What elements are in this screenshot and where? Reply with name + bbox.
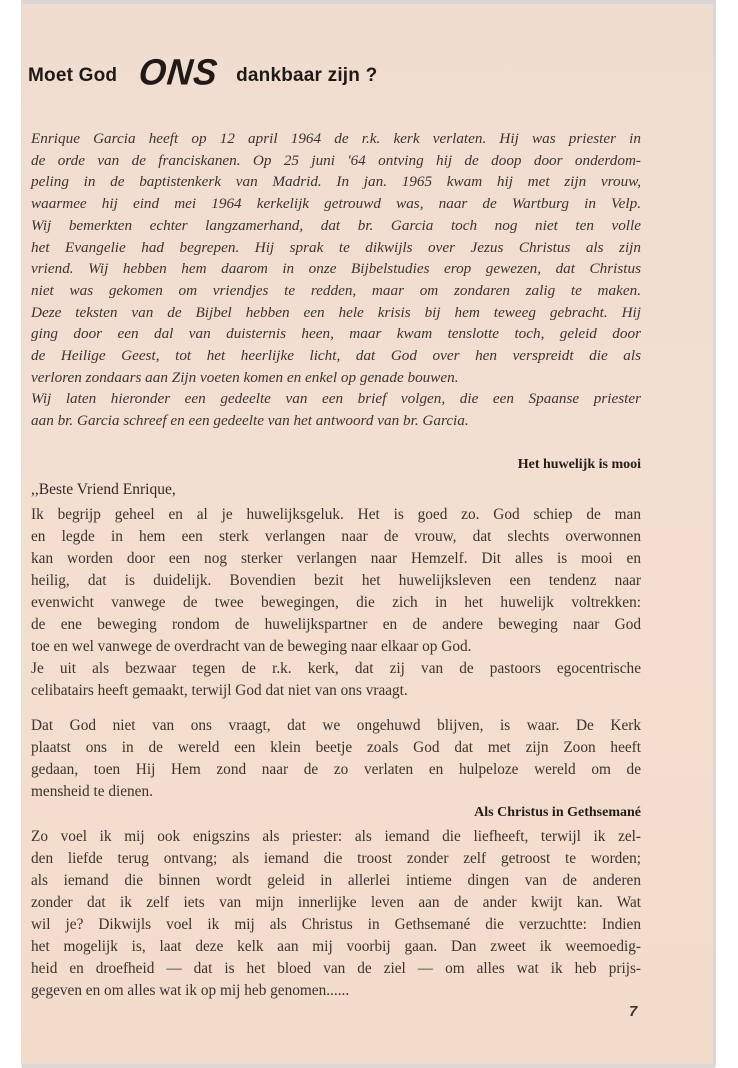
text-line: vriend. Wij hebben hem daarom in onze Bi… xyxy=(31,258,641,280)
text-line: heilig, dat is duidelijk. Bovendien bezi… xyxy=(31,570,641,592)
letter-paragraph-2: Dat God niet van ons vraagt, dat we onge… xyxy=(31,715,641,803)
text-line: peling in de baptistenkerk van Madrid. I… xyxy=(31,171,641,193)
text-line: het Evangelie had begrepen. Hij sprak te… xyxy=(31,237,641,259)
text-line: de orde van de franciskanen. Op 25 juni … xyxy=(31,150,641,172)
text-line: celibatairs heeft gemaakt, terwijl God d… xyxy=(31,680,641,702)
intro-paragraph: Enrique Garcia heeft op 12 april 1964 de… xyxy=(31,128,641,432)
text-line: aan br. Garcia schreef en een gedeelte v… xyxy=(31,410,641,432)
text-line: heid en droefheid — dat is het bloed van… xyxy=(31,958,641,980)
scan-edge-right xyxy=(713,0,716,1066)
text-line: niet was gekomen om vriendjes te redden,… xyxy=(31,280,641,302)
text-line: Wij laten hieronder een gedeelte van een… xyxy=(31,388,641,410)
scan-edge-top xyxy=(22,0,715,4)
text-line: ging door een dal van duisternis heen, m… xyxy=(31,323,641,345)
text-line: waarmee hij eind mei 1964 kerkelijk getr… xyxy=(31,193,641,215)
letter-salutation: ,,Beste Vriend Enrique, xyxy=(31,481,176,499)
scan-edge-bottom xyxy=(22,1064,715,1068)
text-line: als iemand die binnen wordt geleid in al… xyxy=(31,870,641,892)
text-line: Ik begrijp geheel en al je huwelijksgelu… xyxy=(31,504,641,526)
text-line: Deze teksten van de Bijbel hebben een he… xyxy=(31,302,641,324)
text-line: den liefde terug ontvang; als iemand die… xyxy=(31,848,641,870)
text-line: zonder dat ik zelf iets van mijn innerli… xyxy=(31,892,641,914)
text-line: Enrique Garcia heeft op 12 april 1964 de… xyxy=(31,128,641,150)
text-line: Je uit als bezwaar tegen de r.k. kerk, d… xyxy=(31,658,641,680)
text-line: Wij bemerkten echter langzamerhand, dat … xyxy=(31,215,641,237)
text-line: verloren zondaars aan Zijn voeten komen … xyxy=(31,367,641,389)
text-line: kan worden door een nog sterker verlange… xyxy=(31,548,641,570)
subheading-gethsemane: Als Christus in Gethsemané xyxy=(474,805,641,821)
title-part-3: dankbaar zijn ? xyxy=(236,65,377,86)
text-line: de ene beweging rondom de huwelijkspartn… xyxy=(31,614,641,636)
title-part-1: Moet God xyxy=(28,65,117,86)
text-line: de Heilige Geest, tot het heerlijke lich… xyxy=(31,345,641,367)
title-emphasis: ONS xyxy=(137,52,220,94)
text-line: Zo voel ik mij ook enigszins als prieste… xyxy=(31,826,641,848)
text-line: gegeven en om alles wat ik op mij heb ge… xyxy=(31,980,641,1002)
text-line: gedaan, toen Hij Hem zond naar de zo ver… xyxy=(31,759,641,781)
letter-paragraph-1: Ik begrijp geheel en al je huwelijksgelu… xyxy=(31,504,641,702)
text-line: toe en wel vanwege de overdracht van de … xyxy=(31,636,641,658)
page-number: 7 xyxy=(629,1003,637,1020)
text-line: het mogelijk is, laat deze kelk aan mij … xyxy=(31,936,641,958)
letter-paragraph-3: Zo voel ik mij ook enigszins als prieste… xyxy=(31,826,641,1002)
text-line: wil je? Dikwijls voel ik mij als Christu… xyxy=(31,914,641,936)
text-line: en legde in hem een sterk verlangen naar… xyxy=(31,526,641,548)
subheading-marriage: Het huwelijk is mooi xyxy=(518,457,641,473)
article-title: Moet GodONSdankbaar zijn ? xyxy=(28,52,377,93)
text-line: mensheid te dienen. xyxy=(31,781,641,803)
text-line: plaatst ons in de wereld een klein beetj… xyxy=(31,737,641,759)
text-line: evenwicht vanwege de twee bewegingen, di… xyxy=(31,592,641,614)
text-line: Dat God niet van ons vraagt, dat we onge… xyxy=(31,715,641,737)
